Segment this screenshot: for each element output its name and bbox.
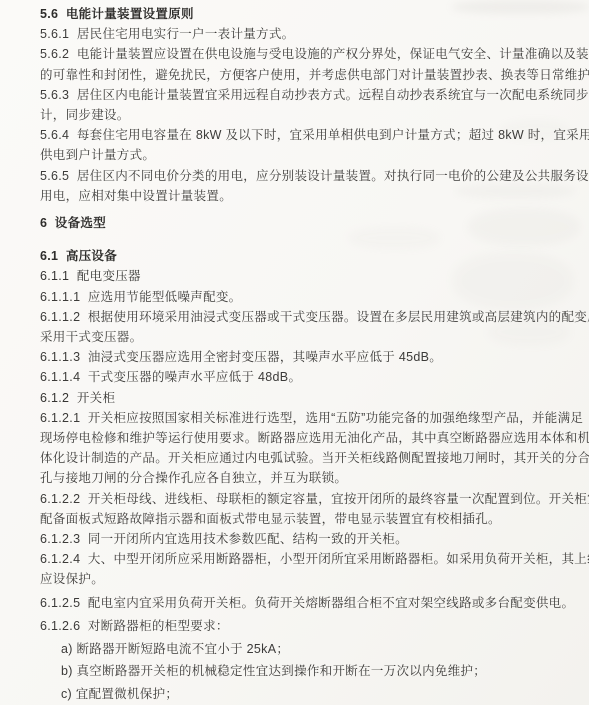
doc-line: 现场停电检修和维护等运行使用要求。断路器应选用无油化产品，其中真空断路器应选用本…: [40, 428, 586, 448]
doc-line: 采用干式变压器。: [40, 327, 586, 347]
doc-line: 5.6.5 居住区内不同电价分类的用电，应分别装设计量装置。对执行同一电价的公建…: [40, 166, 586, 186]
doc-block: 5.6.5 居住区内不同电价分类的用电，应分别装设计量装置。对执行同一电价的公建…: [40, 166, 586, 206]
doc-line: 5.6 电能计量装置设置原则: [40, 4, 586, 24]
doc-line: 5.6.2 电能计量装置应设置在供电设施与受电设施的产权分界处，保证电气安全、计…: [40, 44, 586, 64]
doc-line: 6.1 高压设备: [40, 246, 586, 266]
doc-block: 6.1.2.2 开关柜母线、进线柜、母联柜的额定容量，宜按开闭所的最终容量一次配…: [40, 489, 586, 529]
doc-line: 5.6.4 每套住宅用电容量在 8kW 及以下时，宜采用单相供电到户计量方式；超…: [40, 125, 586, 145]
doc-line: 6 设备选型: [40, 213, 586, 233]
document-body: 5.6 电能计量装置设置原则5.6.1 居民住宅用电实行一户一表计量方式。5.6…: [40, 4, 586, 704]
doc-line: 供电到户计量方式。: [40, 145, 586, 165]
doc-block: 6 设备选型: [40, 213, 586, 233]
doc-block: 6.1 高压设备: [40, 246, 586, 266]
doc-line: 孔与接地刀闸的分合操作孔应各自独立，并互为联锁。: [40, 468, 586, 488]
doc-line: 体化设计制造的产品。开关柜应通过内电弧试验。当开关柜线路侧配置接地刀闸时，其开关…: [40, 448, 586, 468]
doc-line: 6.1.1.2 根据使用环境采用油浸式变压器或干式变压器。设置在多层民用建筑或高…: [40, 307, 586, 327]
doc-line: 6.1.1.3 油浸式变压器应选用全密封变压器，其噪声水平应低于 45dB。: [40, 347, 586, 367]
doc-line: c) 宜配置微机保护；: [61, 684, 586, 704]
doc-block: 6.1.2.5 配电室内宜采用负荷开关柜。负荷开关熔断器组合柜不宜对架空线路或多…: [40, 593, 586, 613]
doc-line: 用电，应相对集中设置计量装置。: [40, 186, 586, 206]
doc-line: 6.1.1 配电变压器: [40, 266, 586, 286]
doc-line: 的可靠性和封闭性，避免扰民，方便客户使用，并考虑供电部门对计量装置抄表、换表等日…: [40, 65, 586, 85]
doc-block: 5.6.4 每套住宅用电容量在 8kW 及以下时，宜采用单相供电到户计量方式；超…: [40, 125, 586, 165]
doc-block: 6.1.2.4 大、中型开闭所应采用断路器柜，小型开闭所宜采用断路器柜。如采用负…: [40, 549, 586, 589]
doc-block: a) 断路器开断短路电流不宜小于 25kA；: [61, 639, 586, 659]
document-page: 5.6 电能计量装置设置原则5.6.1 居民住宅用电实行一户一表计量方式。5.6…: [0, 0, 589, 705]
doc-line: 6.1.2.6 对断路器柜的柜型要求：: [40, 616, 586, 636]
doc-block: 6.1.1.3 油浸式变压器应选用全密封变压器，其噪声水平应低于 45dB。: [40, 347, 586, 367]
doc-line: 6.1.2.2 开关柜母线、进线柜、母联柜的额定容量，宜按开闭所的最终容量一次配…: [40, 489, 586, 509]
doc-block: 6.1.1.1 应选用节能型低噪声配变。: [40, 287, 586, 307]
doc-block: 5.6.3 居住区内电能计量装置宜采用远程自动抄表方式。远程自动抄表系统宜与一次…: [40, 85, 586, 125]
doc-line: 6.1.2 开关柜: [40, 388, 586, 408]
doc-line: 6.1.2.1 开关柜应按照国家相关标准进行选型，选用“五防”功能完备的加强绝缘…: [40, 408, 586, 428]
doc-line: 配备面板式短路故障指示器和面板式带电显示装置，带电显示装置宜有校相插孔。: [40, 509, 586, 529]
doc-line: 6.1.1.1 应选用节能型低噪声配变。: [40, 287, 586, 307]
doc-block: 6.1.2.6 对断路器柜的柜型要求：: [40, 616, 586, 636]
doc-block: 6.1.1.4 干式变压器的噪声水平应低于 48dB。: [40, 367, 586, 387]
doc-block: 6.1.2 开关柜: [40, 388, 586, 408]
doc-line: b) 真空断路器开关柜的机械稳定性宜达到操作和开断在一万次以内免维护；: [61, 661, 586, 681]
doc-line: 6.1.2.5 配电室内宜采用负荷开关柜。负荷开关熔断器组合柜不宜对架空线路或多…: [40, 593, 586, 613]
doc-line: 6.1.2.4 大、中型开闭所应采用断路器柜，小型开闭所宜采用断路器柜。如采用负…: [40, 549, 586, 569]
doc-line: 6.1.1.4 干式变压器的噪声水平应低于 48dB。: [40, 367, 586, 387]
doc-line: 6.1.2.3 同一开闭所内宜选用技术参数匹配、结构一致的开关柜。: [40, 529, 586, 549]
doc-line: 5.6.1 居民住宅用电实行一户一表计量方式。: [40, 24, 586, 44]
doc-block: b) 真空断路器开关柜的机械稳定性宜达到操作和开断在一万次以内免维护；: [61, 661, 586, 681]
doc-block: 5.6.1 居民住宅用电实行一户一表计量方式。: [40, 24, 586, 44]
doc-block: 6.1.2.3 同一开闭所内宜选用技术参数匹配、结构一致的开关柜。: [40, 529, 586, 549]
doc-line: 5.6.3 居住区内电能计量装置宜采用远程自动抄表方式。远程自动抄表系统宜与一次…: [40, 85, 586, 105]
doc-block: 6.1.1.2 根据使用环境采用油浸式变压器或干式变压器。设置在多层民用建筑或高…: [40, 307, 586, 347]
doc-block: 5.6 电能计量装置设置原则: [40, 4, 586, 24]
doc-block: c) 宜配置微机保护；: [61, 684, 586, 704]
doc-block: 6.1.2.1 开关柜应按照国家相关标准进行选型，选用“五防”功能完备的加强绝缘…: [40, 408, 586, 489]
doc-line: a) 断路器开断短路电流不宜小于 25kA；: [61, 639, 586, 659]
doc-block: 6.1.1 配电变压器: [40, 266, 586, 286]
doc-line: 应设保护。: [40, 569, 586, 589]
doc-block: 5.6.2 电能计量装置应设置在供电设施与受电设施的产权分界处，保证电气安全、计…: [40, 44, 586, 84]
doc-line: 计，同步建设。: [40, 105, 586, 125]
